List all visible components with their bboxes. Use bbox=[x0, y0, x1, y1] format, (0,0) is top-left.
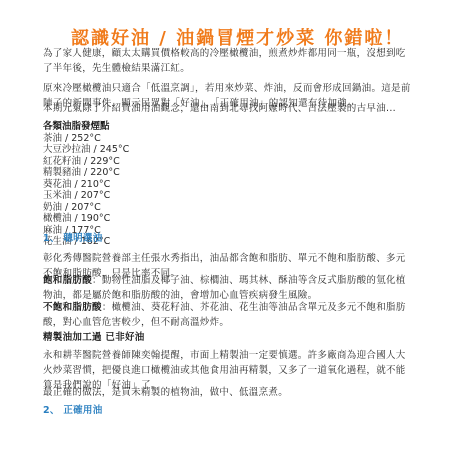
smoke-point-item: 橄欖油 / 190°C bbox=[43, 213, 129, 225]
saturated-fat-paragraph: 飽和脂肪酸：動物性油脂及椰子油、棕櫚油、瑪其林、酥油等含反式脂肪酸的氫化植物油，… bbox=[43, 273, 415, 303]
smoke-point-item: 玉米油 / 207°C bbox=[43, 190, 129, 202]
smoke-point-item: 精製豬油 / 220°C bbox=[43, 167, 129, 179]
refined-oil-heading: 精製油加工過 已非好油 bbox=[43, 330, 415, 345]
conclusion-paragraph: 最正確的做法，是買未精製的植物油，做中、低溫烹煮。 bbox=[43, 385, 415, 400]
smoke-point-item: 葵花油 / 210°C bbox=[43, 179, 129, 191]
section2-heading: 2、 正確用油 bbox=[43, 403, 415, 418]
saturated-fat-label: 飽和脂肪酸 bbox=[43, 275, 92, 286]
smoke-point-item: 奶油 / 207°C bbox=[43, 202, 129, 214]
saturated-fat-text: ：動物性油脂及椰子油、棕櫚油、瑪其林、酥油等含反式脂肪酸的氫化植物油，都是屬於飽… bbox=[43, 275, 406, 301]
smoke-point-item: 茶油 / 252°C bbox=[43, 133, 129, 145]
smoke-point-heading: 各類油脂發煙點 bbox=[43, 121, 129, 133]
smoke-point-list: 各類油脂發煙點 茶油 / 252°C 大豆沙拉油 / 245°C 紅花籽油 / … bbox=[43, 121, 129, 248]
issue-paragraph: 本期元氣除了介紹買油用油觀念，還由南到北尋找阿嬤時代、古法壓製的古早油... bbox=[43, 101, 415, 116]
intro-paragraph: 為了家人健康，顧太太購買價格較高的冷壓橄欖油，煎煮炒炸都用同一瓶，沒想到吃了半年… bbox=[43, 46, 415, 76]
unsaturated-fat-label: 不飽和脂肪酸 bbox=[43, 302, 102, 313]
smoke-point-item: 紅花籽油 / 229°C bbox=[43, 156, 129, 168]
unsaturated-fat-paragraph: 不飽和脂肪酸：橄欖油、葵花籽油、芥花油、花生油等油品含單元及多元不飽和脂肪酸，對… bbox=[43, 300, 415, 330]
smoke-point-item: 大豆沙拉油 / 245°C bbox=[43, 144, 129, 156]
section1-heading: 1、 聰明選油 bbox=[43, 231, 415, 246]
